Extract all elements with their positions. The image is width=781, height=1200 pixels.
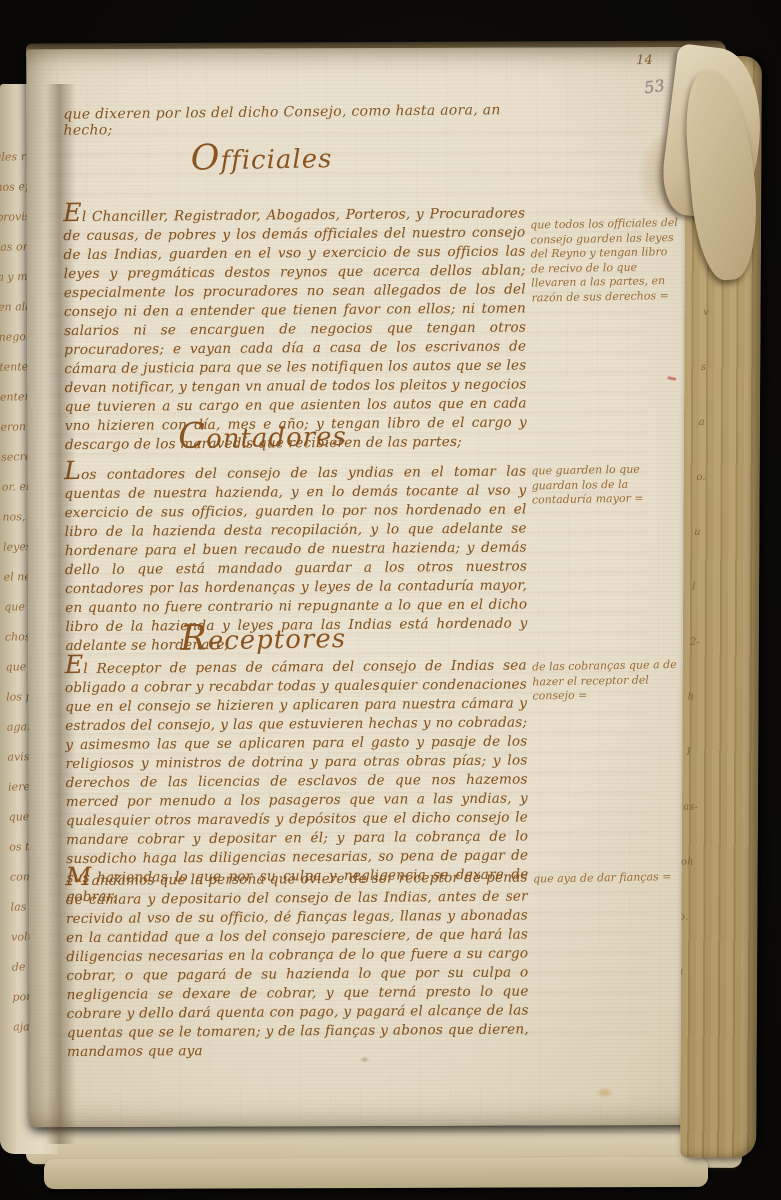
fore-edge-fragment: as- (683, 801, 698, 813)
fore-edge-text-fragments: er v s a o. u l 2- h 1 as- oh b. g (680, 252, 720, 978)
fore-edge-fragment: g (680, 966, 691, 978)
fore-edge-fragment: s (701, 362, 716, 374)
fore-edge-fragment: oh (681, 856, 696, 868)
paper-stain (360, 1056, 370, 1063)
page-edge-strip (44, 1157, 708, 1189)
fore-edge-fragment: 1 (685, 746, 700, 758)
margin-note-fianzas: que aya de dar fianças = (533, 870, 685, 887)
folio-number-ink: 14 (636, 53, 653, 68)
folio-number-pencil: 53 (643, 76, 666, 98)
paper-stain (596, 1087, 614, 1098)
fore-edge-fragment: a (698, 417, 713, 429)
section-heading-receptores: Receptores (28, 612, 499, 661)
margin-note-contadores: que guarden lo que guardan los de la con… (531, 462, 684, 508)
fore-edge-fragment: o. (696, 472, 711, 484)
fore-edge-fragment: v (703, 307, 718, 319)
margin-note-receptores: de las cobranças que a de hazer el recep… (532, 658, 685, 704)
fore-edge-fragment: b. (680, 911, 693, 923)
fore-edge-fragment: u (694, 527, 709, 539)
fore-edge-fragment: 2- (690, 637, 705, 649)
manuscript-page: 14 53 que dixeren por los del dicho Cons… (26, 47, 722, 1127)
section-heading-officiales: Officiales (26, 132, 497, 181)
paragraph-mandamos: Mandamos que la persona que oviere de se… (66, 868, 529, 1062)
margin-note-officiales: que todos los officiales del consejo gua… (530, 216, 683, 306)
section-heading-contadores: Contadores (27, 410, 498, 459)
fore-edge-fragment: l (692, 582, 707, 594)
manuscript-photo: ales resu nos epan l provisio las orden … (0, 0, 781, 1200)
fore-edge-fragment: h (687, 692, 702, 704)
gutter-fold-shadow (46, 84, 76, 1144)
red-ink-mark (667, 376, 676, 381)
